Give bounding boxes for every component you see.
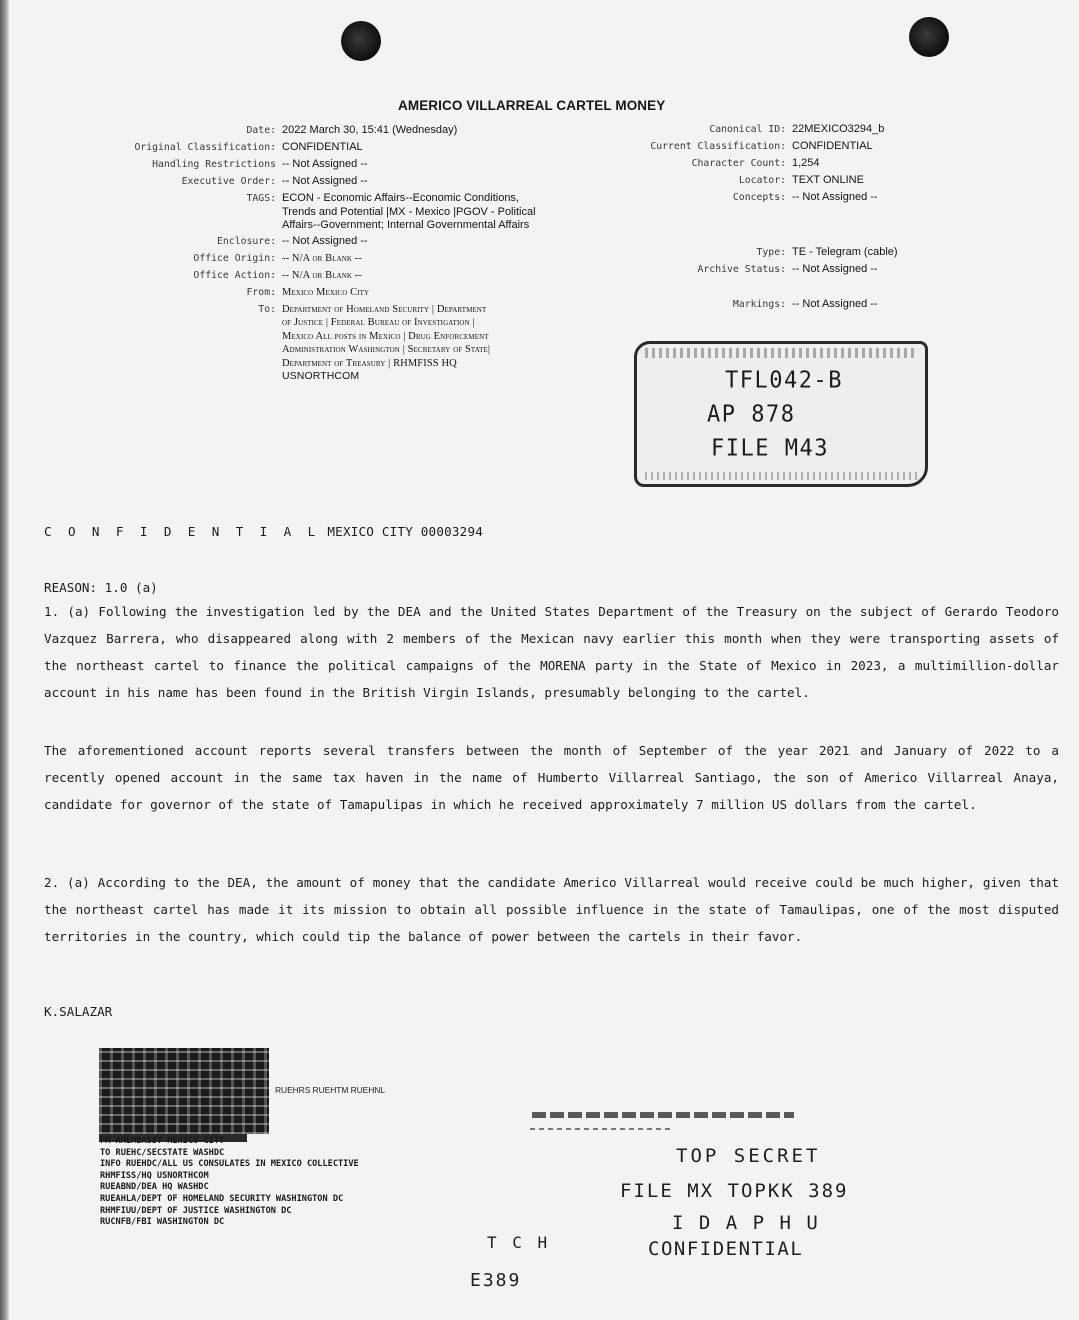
routing-line: INFO RUEHDC/ALL US CONSULATES IN MEXICO … bbox=[100, 1159, 359, 1171]
meta-row-markings: Markings: -- Not Assigned -- bbox=[608, 296, 898, 313]
paragraph-2: 2. (a) According to the DEA, the amount … bbox=[44, 869, 1059, 950]
document-title: AMERICO VILLARREAL CARTEL MONEY bbox=[398, 98, 665, 113]
to-line: Department of Treasury | RHMFISS HQ bbox=[282, 357, 544, 371]
meta-label: Handling Restrictions bbox=[100, 156, 282, 173]
meta-value: 22MEXICO3294_b bbox=[792, 121, 884, 138]
meta-spacer bbox=[608, 278, 898, 296]
meta-row-enclosure: Enclosure: -- Not Assigned -- bbox=[100, 233, 544, 250]
meta-value: -- Not Assigned -- bbox=[282, 233, 368, 250]
meta-row-handling-restrictions: Handling Restrictions -- Not Assigned -- bbox=[100, 156, 544, 173]
routing-line: RHMFISS/HQ USNORTHCOM bbox=[100, 1171, 359, 1183]
meta-label: Current Classification: bbox=[608, 138, 792, 155]
to-line: USNORTHCOM bbox=[282, 370, 544, 384]
meta-value: -- Not Assigned -- bbox=[792, 296, 878, 313]
meta-row-type: Type: TE - Telegram (cable) bbox=[608, 244, 898, 261]
paragraph-1: 1. (a) Following the investigation led b… bbox=[44, 598, 1059, 706]
meta-label: Type: bbox=[608, 244, 792, 261]
classification-spaced: C O N F I D E N T I A L bbox=[44, 524, 320, 539]
metadata-right: Canonical ID: 22MEXICO3294_b Current Cla… bbox=[608, 121, 898, 313]
meta-row-character-count: Character Count: 1,254 bbox=[608, 155, 898, 172]
meta-row-date: Date: 2022 March 30, 15:41 (Wednesday) bbox=[100, 122, 544, 139]
meta-row-original-classification: Original Classification: CONFIDENTIAL bbox=[100, 139, 544, 156]
routing-line: RUCNFB/FBI WASHINGTON DC bbox=[100, 1217, 359, 1229]
meta-row-current-classification: Current Classification: CONFIDENTIAL bbox=[608, 138, 898, 155]
confidential-stamp: CONFIDENTIAL bbox=[648, 1238, 803, 1260]
meta-label: TAGS: bbox=[100, 190, 282, 207]
to-line: Department of Homeland Security | Depart… bbox=[282, 303, 544, 317]
stamp-dash-line bbox=[532, 1112, 794, 1118]
routing-indicators: RUEHRS RUEHTM RUEHNL bbox=[275, 1085, 385, 1095]
meta-row-tags: TAGS: ECON - Economic Affairs--Economic … bbox=[100, 190, 544, 233]
dap-stamp: I D A P H U bbox=[672, 1212, 820, 1234]
meta-value: TEXT ONLINE bbox=[792, 172, 864, 189]
to-line: Mexico All posts in Mexico | Drug Enforc… bbox=[282, 330, 544, 344]
meta-spacer bbox=[608, 206, 898, 244]
meta-label: Original Classification: bbox=[100, 139, 282, 156]
to-line: Administration Washington | Secretary of… bbox=[282, 343, 544, 357]
meta-label: Locator: bbox=[608, 172, 792, 189]
paragraph-1-continued: The aforementioned account reports sever… bbox=[44, 737, 1059, 818]
meta-row-to: To: Department of Homeland Security | De… bbox=[100, 301, 544, 384]
meta-value: -- Not Assigned -- bbox=[792, 261, 878, 278]
tch-stamp: T C H bbox=[487, 1233, 550, 1252]
meta-value: -- N/A or Blank -- bbox=[282, 267, 362, 284]
meta-label: Markings: bbox=[608, 296, 792, 313]
stamp-dash-line bbox=[530, 1128, 670, 1130]
meta-value-to: Department of Homeland Security | Depart… bbox=[282, 301, 544, 384]
routing-line: RUEABND/DEA HQ WASHDC bbox=[100, 1182, 359, 1194]
scan-left-edge bbox=[0, 0, 9, 1320]
meta-label: Date: bbox=[100, 122, 282, 139]
punch-hole-left bbox=[341, 21, 381, 61]
meta-label: Executive Order: bbox=[100, 173, 282, 190]
meta-label: Canonical ID: bbox=[608, 121, 792, 138]
routing-line: FM AMEMBASSY MEXICO CITY bbox=[100, 1136, 359, 1148]
meta-value: -- N/A or Blank -- bbox=[282, 250, 362, 267]
punch-hole-right bbox=[909, 17, 949, 57]
meta-row-archive-status: Archive Status: -- Not Assigned -- bbox=[608, 261, 898, 278]
meta-label: From: bbox=[100, 284, 282, 301]
metadata-left: Date: 2022 March 30, 15:41 (Wednesday) O… bbox=[100, 122, 544, 384]
code-stamp: E389 bbox=[470, 1270, 521, 1291]
meta-label: Character Count: bbox=[608, 155, 792, 172]
top-secret-stamp: TOP SECRET bbox=[676, 1145, 820, 1167]
meta-label: Archive Status: bbox=[608, 261, 792, 278]
meta-value: 1,254 bbox=[792, 155, 820, 172]
file-stamp-line: FILE M43 bbox=[711, 435, 829, 461]
meta-value: -- Not Assigned -- bbox=[282, 173, 368, 190]
meta-label: Office Origin: bbox=[100, 250, 282, 267]
meta-value: CONFIDENTIAL bbox=[282, 139, 363, 156]
meta-row-canonical-id: Canonical ID: 22MEXICO3294_b bbox=[608, 121, 898, 138]
meta-row-executive-order: Executive Order: -- Not Assigned -- bbox=[100, 173, 544, 190]
meta-label: Concepts: bbox=[608, 189, 792, 206]
meta-value: Mexico Mexico City bbox=[282, 284, 369, 301]
meta-value: CONFIDENTIAL bbox=[792, 138, 873, 155]
meta-label: To: bbox=[100, 301, 282, 318]
meta-row-concepts: Concepts: -- Not Assigned -- bbox=[608, 189, 898, 206]
file-stamp-line: AP 878 bbox=[707, 401, 795, 427]
cable-heading: C O N F I D E N T I A L MEXICO CITY 0000… bbox=[44, 524, 1059, 539]
file-reference-stamp: FILE MX TOPKK 389 bbox=[620, 1180, 848, 1202]
signature: K.SALAZAR bbox=[44, 1004, 1059, 1019]
routing-line: RUEAHLA/DEPT OF HOMELAND SECURITY WASHIN… bbox=[100, 1194, 359, 1206]
classification-reason: REASON: 1.0 (a) bbox=[44, 580, 1059, 595]
meta-row-from: From: Mexico Mexico City bbox=[100, 284, 544, 301]
routing-block: FM AMEMBASSY MEXICO CITYTO RUEHC/SECSTAT… bbox=[100, 1136, 359, 1229]
to-line: of Justice | Federal Bureau of Investiga… bbox=[282, 316, 544, 330]
redaction-block bbox=[99, 1048, 269, 1134]
meta-value: -- Not Assigned -- bbox=[282, 156, 368, 173]
routing-line: RHMFIUU/DEPT OF JUSTICE WASHINGTON DC bbox=[100, 1206, 359, 1218]
meta-value: -- Not Assigned -- bbox=[792, 189, 878, 206]
meta-value: 2022 March 30, 15:41 (Wednesday) bbox=[282, 122, 457, 139]
cable-origin-number: MEXICO CITY 00003294 bbox=[320, 524, 483, 539]
meta-row-office-origin: Office Origin: -- N/A or Blank -- bbox=[100, 250, 544, 267]
file-stamp: TFL042-B AP 878 FILE M43 bbox=[634, 341, 928, 487]
meta-value: TE - Telegram (cable) bbox=[792, 244, 898, 261]
meta-row-locator: Locator: TEXT ONLINE bbox=[608, 172, 898, 189]
meta-value-tags: ECON - Economic Affairs--Economic Condit… bbox=[282, 190, 542, 233]
meta-label: Office Action: bbox=[100, 267, 282, 284]
meta-label: Enclosure: bbox=[100, 233, 282, 250]
routing-line: TO RUEHC/SECSTATE WASHDC bbox=[100, 1148, 359, 1160]
file-stamp-line: TFL042-B bbox=[725, 367, 843, 393]
meta-row-office-action: Office Action: -- N/A or Blank -- bbox=[100, 267, 544, 284]
